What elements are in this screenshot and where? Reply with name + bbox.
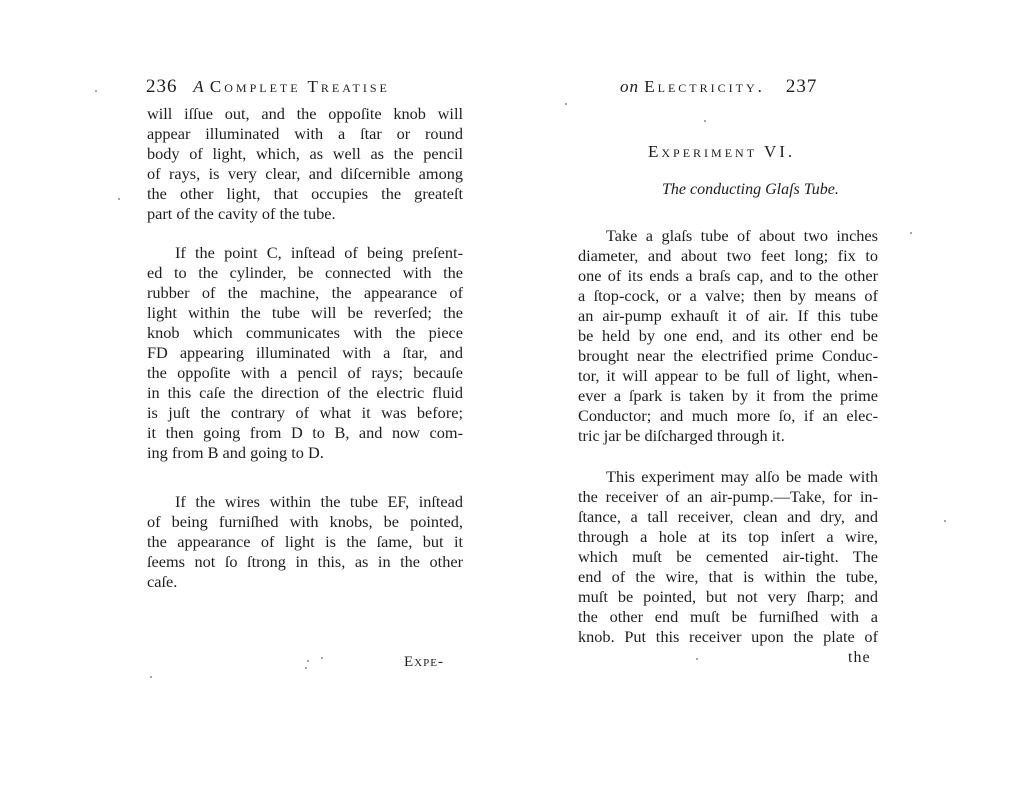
section-heading: Experiment VI.	[648, 142, 795, 162]
ink-speck	[305, 667, 307, 669]
ink-speck	[910, 232, 912, 234]
text-line: ed to the cylinder, be connected with th…	[147, 263, 463, 283]
ink-speck	[944, 520, 946, 522]
text-line: body of light, which, as well as the pen…	[147, 144, 463, 164]
ink-speck	[321, 657, 323, 659]
page-number: 237	[786, 76, 818, 97]
running-head-title: Complete Treatise	[210, 77, 390, 96]
ink-speck	[95, 90, 97, 92]
catchword: Expe-	[404, 654, 444, 671]
text-line: which muſt be cemented air-tight. The	[578, 547, 878, 567]
text-line: This experiment may alſo be made with	[606, 467, 878, 487]
page-number: 236	[146, 76, 178, 97]
ink-speck	[118, 198, 120, 200]
text-line: end of the wire, that is within the tube…	[578, 567, 878, 587]
text-line: diameter, and about two feet long; fix t…	[578, 246, 878, 266]
text-line: an air-pump exhauſt it of air. If this t…	[578, 306, 878, 326]
text-line: rubber of the machine, the appearance of	[147, 283, 463, 303]
running-head-title: Electricity.	[644, 77, 765, 96]
text-line: appear illuminated with a ſtar or round	[147, 124, 463, 144]
text-line: the other light, that occupies the great…	[147, 184, 463, 204]
text-line: If the wires within the tube EF, inſtead	[175, 492, 463, 512]
text-line: ſeems not ſo ſtrong in this, as in the o…	[147, 552, 463, 572]
text-line: be held by one end, and its other end be	[578, 326, 878, 346]
text-line: the receiver of an air-pump.—Take, for i…	[578, 487, 878, 507]
running-head-right: on Electricity. 237	[620, 76, 878, 98]
text-line: the oppoſite with a pencil of rays; beca…	[147, 363, 463, 383]
text-line: ing from B and going to D.	[147, 443, 463, 463]
ink-speck	[565, 103, 567, 105]
text-line: tor, it will appear to be full of light,…	[578, 366, 878, 386]
section-subheading: The conducting Glaſs Tube.	[662, 181, 839, 199]
running-head-prefix: A	[193, 77, 204, 96]
text-line: knob. Put this receiver upon the plate o…	[578, 627, 878, 647]
text-line: FD appearing illuminated with a ſtar, an…	[147, 343, 463, 363]
catchword: the	[848, 649, 871, 667]
running-head-left: 236 A Complete Treatise	[146, 76, 464, 98]
running-head-prefix: on	[620, 77, 639, 96]
text-line: of rays, is very clear, and diſcernible …	[147, 164, 463, 184]
text-line: is juſt the contrary of what it was befo…	[147, 403, 463, 423]
text-line: it then going from D to B, and now com-	[147, 423, 463, 443]
text-line: muſt be pointed, but not very ſharp; and	[578, 587, 878, 607]
text-line: Conductor; and much more ſo, if an elec-	[578, 406, 878, 426]
text-line: in this caſe the direction of the electr…	[147, 383, 463, 403]
ink-speck	[150, 676, 152, 678]
text-line: a ſtop-cock, or a valve; then by means o…	[578, 286, 878, 306]
text-line: light within the tube will be reverſed; …	[147, 303, 463, 323]
text-line: caſe.	[147, 572, 463, 592]
ink-speck	[704, 120, 706, 122]
text-line: of being furniſhed with knobs, be pointe…	[147, 512, 463, 532]
text-line: the other end muſt be furniſhed with a	[578, 607, 878, 627]
text-line: Take a glaſs tube of about two inches	[606, 226, 878, 246]
ink-speck	[696, 658, 698, 660]
right-page: on Electricity. 237 Experiment VI. The c…	[512, 0, 1024, 791]
text-line: ever a ſpark is taken by it from the pri…	[578, 386, 878, 406]
text-line: ſtance, a tall receiver, clean and dry, …	[578, 507, 878, 527]
text-line: the appearance of light is the ſame, but…	[147, 532, 463, 552]
text-line: tric jar be diſcharged through it.	[578, 426, 878, 446]
text-line: If the point C, inſtead of being preſent…	[175, 243, 463, 263]
text-line: brought near the electrified prime Condu…	[578, 346, 878, 366]
text-line: one of its ends a braſs cap, and to the …	[578, 266, 878, 286]
left-page: 236 A Complete Treatise will iſſue out, …	[0, 0, 512, 791]
text-line: through a hole at its top inſert a wire,	[578, 527, 878, 547]
text-line: part of the cavity of the tube.	[147, 204, 463, 224]
text-line: will iſſue out, and the oppoſite knob wi…	[147, 104, 463, 124]
text-line: knob which communicates with the piece	[147, 323, 463, 343]
ink-speck	[307, 660, 309, 662]
